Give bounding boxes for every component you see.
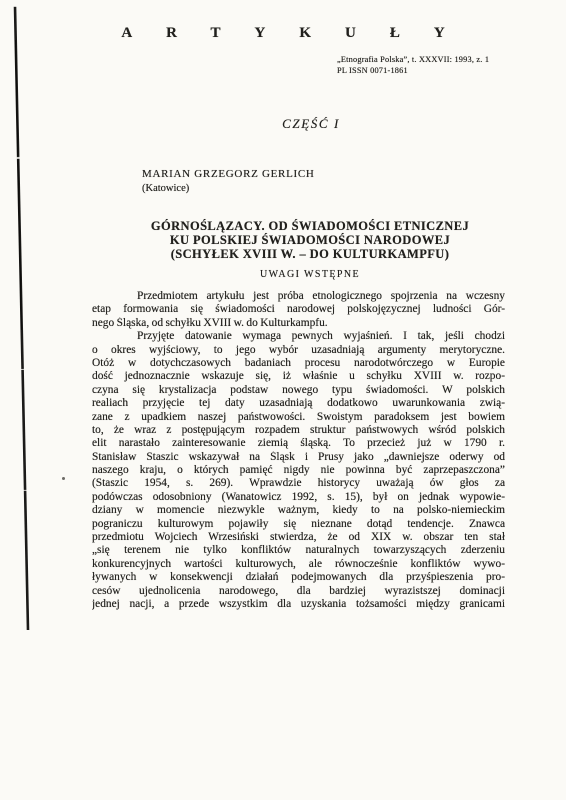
body-text-line: ływanych w konsekwencji działań podejmow… (92, 571, 505, 584)
body-text-line: realiach przyjęcie tej daty uzasadniają … (92, 397, 505, 410)
journal-citation-block: „Etnografia Polska”, t. XXXVII: 1993, z.… (337, 54, 489, 76)
author-name: MARIAN GRZEGORZ GERLICH (142, 168, 315, 180)
body-text-line: czyna się krystalizacja podstaw nowego t… (92, 384, 505, 397)
body-text-line: przedmiotu Wojciech Wrzesiński stwierdza… (92, 531, 505, 544)
body-text-line: „się terenem nie tylko konfliktów natura… (92, 544, 505, 557)
body-text-line: Otóż w dotychczasowych badaniach procesu… (92, 357, 505, 370)
article-title: GÓRNOŚLĄZACY. OD ŚWIADOMOŚCI ETNICZNEJ K… (27, 219, 566, 261)
article-title-line: (SCHYŁEK XVIII W. – DO KULTURKAMPFU) (27, 247, 566, 261)
author-affiliation: (Katowice) (142, 183, 189, 194)
body-text-line: podówczas odosobniony (Wanatowicz 1992, … (92, 491, 505, 504)
body-text-line: etap formowania się świadomości narodowe… (92, 303, 505, 316)
body-text-line: nego Śląska, od schyłku XVIII w. do Kult… (92, 317, 505, 330)
body-text-line: pograniczu kulturowym pojawiły się niezn… (92, 518, 505, 531)
body-text-line: zane z upadkiem naszej państwowości. Swo… (92, 411, 505, 424)
scan-speck (62, 477, 65, 480)
part-heading: CZĘŚĆ I (28, 116, 566, 132)
section-heading: UWAGI WSTĘPNE (27, 269, 566, 280)
body-text-line: dość jednoznacznie wskazuje się, iż właś… (92, 370, 505, 383)
body-text-line: o okres wyjściowy, to jego wybór uzasadn… (92, 344, 505, 357)
body-text-line: cesów ujednolicenia narodowego, dla bard… (92, 585, 505, 598)
body-text: Przedmiotem artykułu jest próba etnologi… (92, 290, 505, 611)
running-head: ARTYKUŁY (0, 25, 566, 42)
scanned-journal-page: ARTYKUŁY „Etnografia Polska”, t. XXXVII:… (0, 0, 566, 800)
journal-citation: „Etnografia Polska”, t. XXXVII: 1993, z.… (337, 54, 489, 65)
body-text-line: konkurencyjnych wartości kulturowych, al… (92, 558, 505, 571)
body-text-line: elit narastało zainteresowanie ziemią śl… (92, 437, 505, 450)
body-text-line: Stanisław Staszic wskazywał na Śląsk i P… (92, 451, 505, 464)
body-text-line: jednej nacji, a przede wszystkim dla uzy… (92, 598, 505, 611)
body-text-line: Przyjęte datowanie wymaga pewnych wyjaśn… (92, 330, 505, 343)
body-text-line: to, że wraz z postępującym rozpadem stru… (92, 424, 505, 437)
body-text-line: Przedmiotem artykułu jest próba etnologi… (92, 290, 505, 303)
article-title-line: KU POLSKIEJ ŚWIADOMOŚCI NARODOWEJ (27, 233, 566, 247)
scan-edge-line (0, 0, 44, 660)
body-text-line: (Staszic 1954, s. 269). Wprawdzie histor… (92, 477, 505, 490)
article-title-line: GÓRNOŚLĄZACY. OD ŚWIADOMOŚCI ETNICZNEJ (27, 219, 566, 233)
journal-issn: PL ISSN 0071-1861 (337, 65, 489, 76)
body-text-line: naszego kraju, o których pamięć nigdy ni… (92, 464, 505, 477)
body-text-line: dziany w momencie niezwykle ważnym, kied… (92, 504, 505, 517)
